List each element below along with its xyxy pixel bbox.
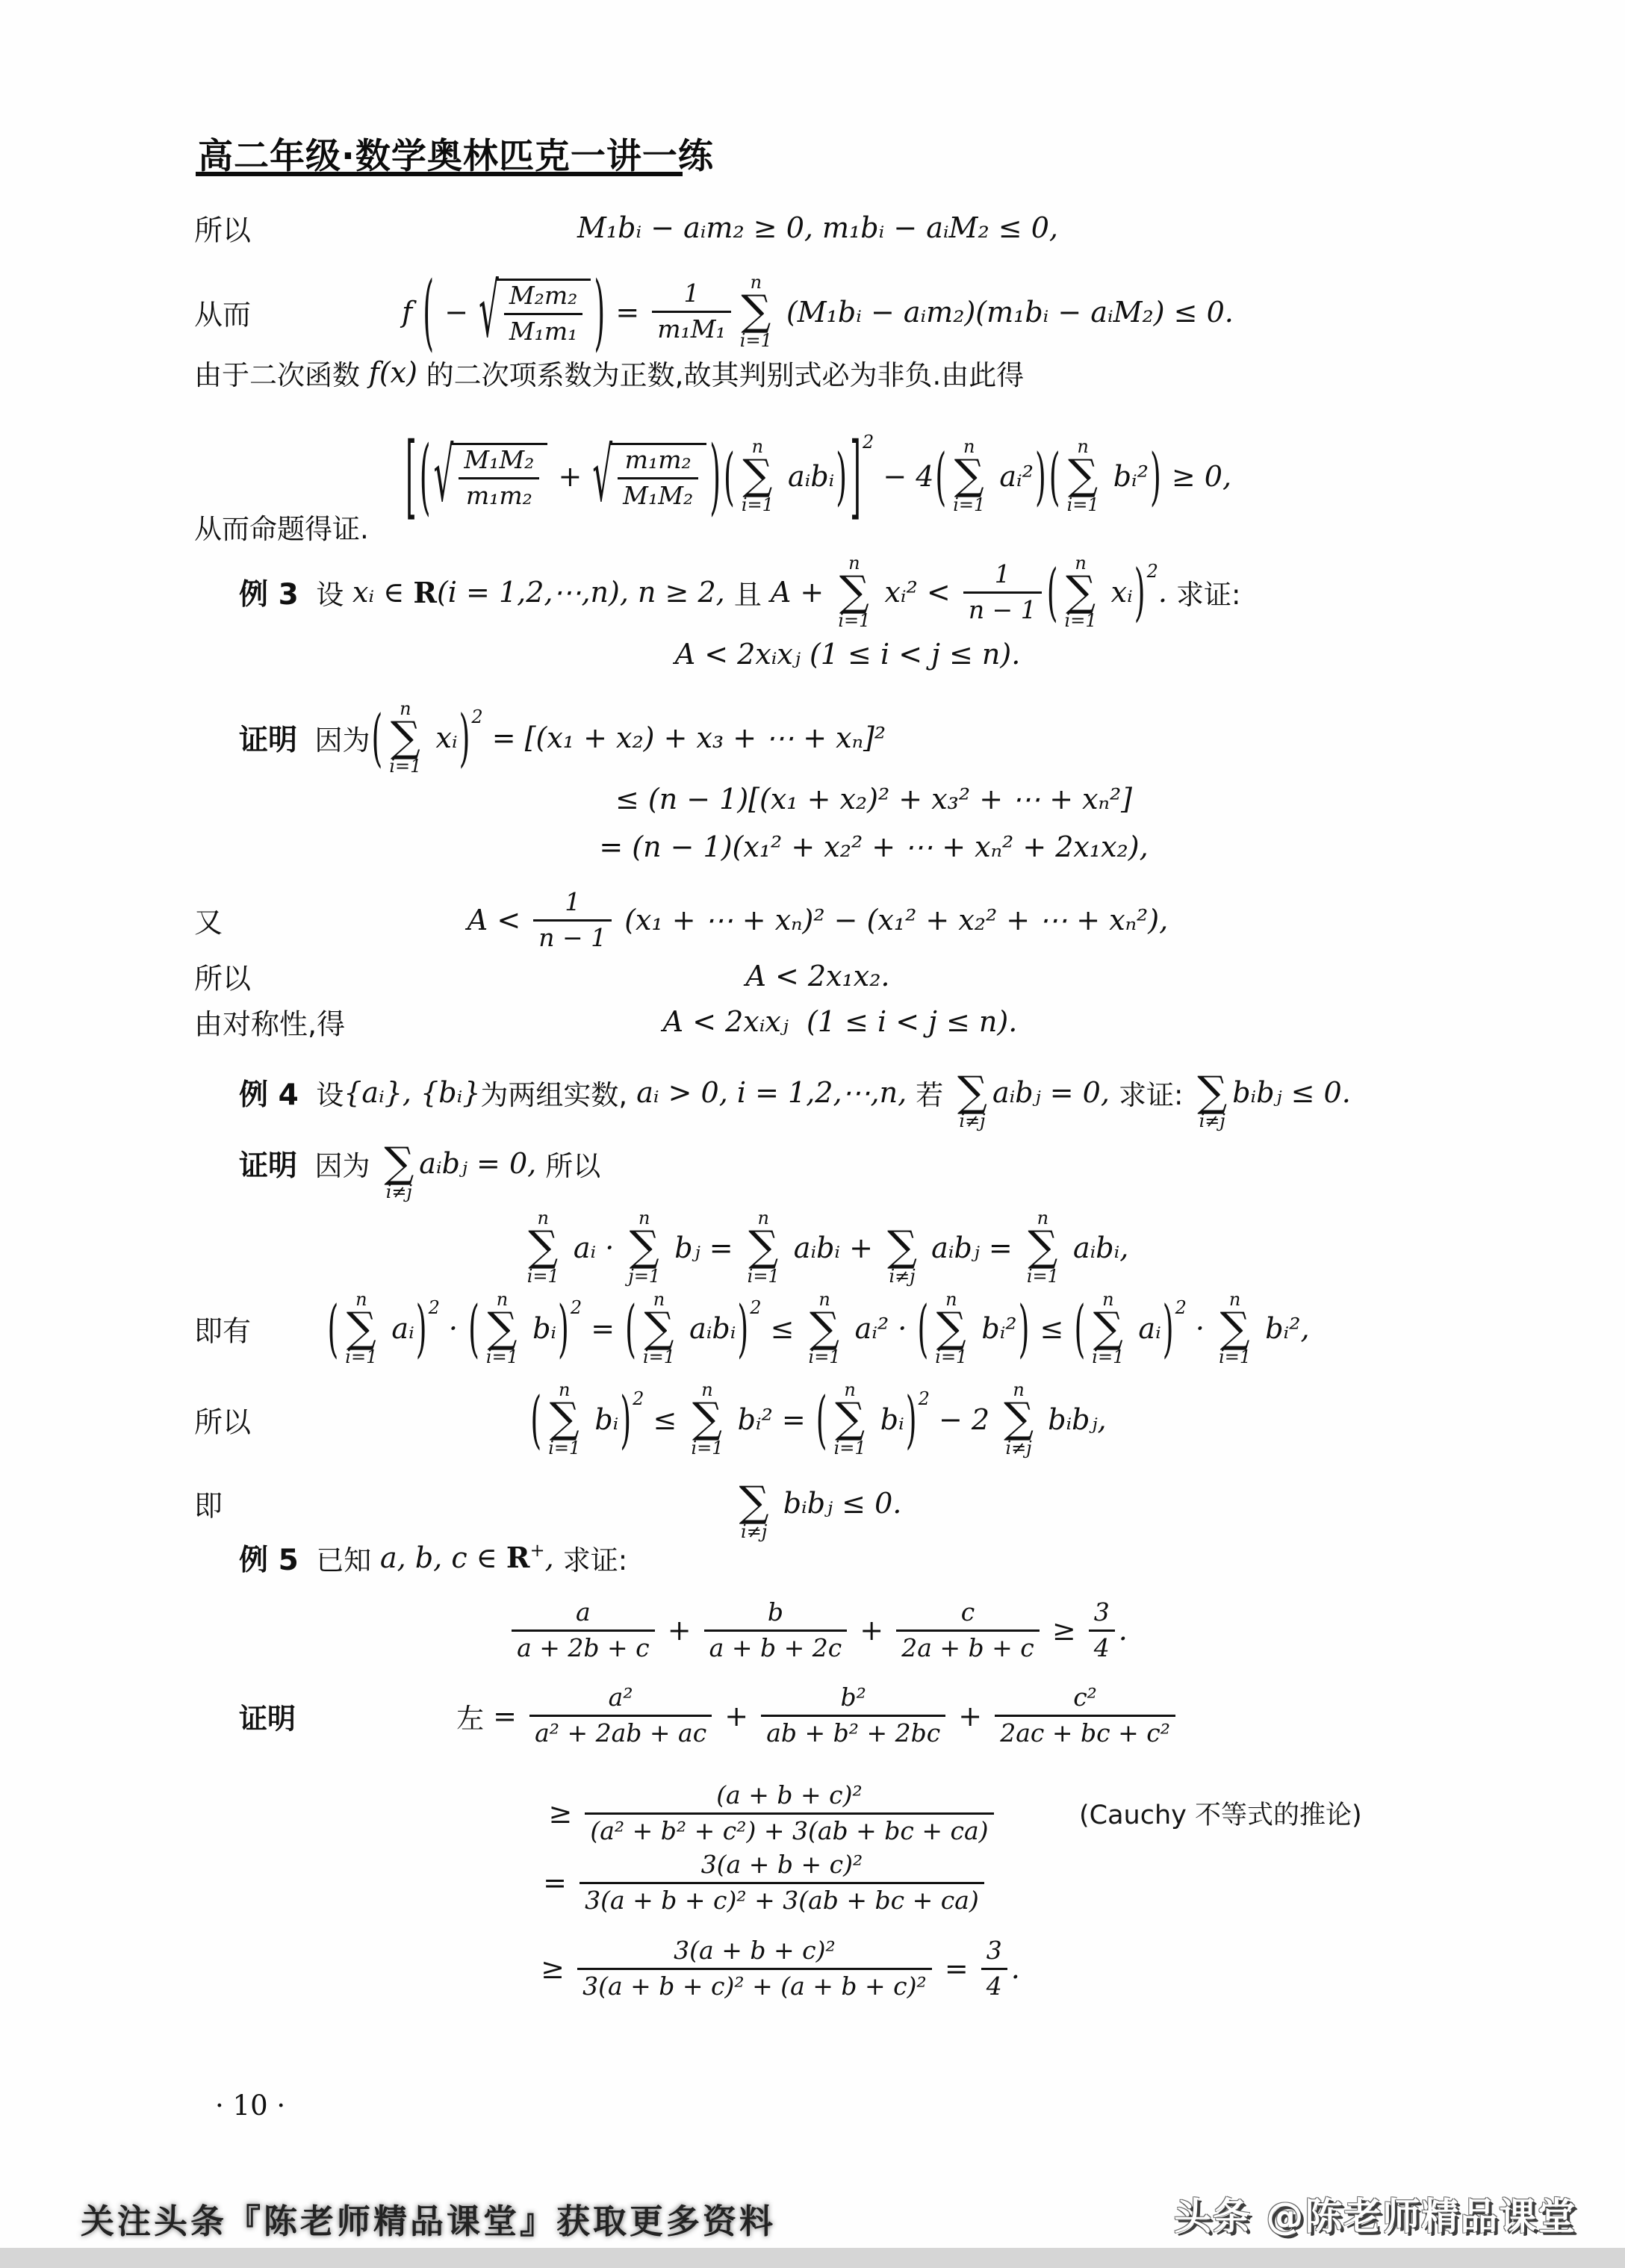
math-run: M₁M₂: [464, 447, 534, 474]
fraction-numerator: m₁m₂: [618, 447, 698, 479]
row-label: 所以: [194, 1399, 251, 1440]
example-label: 例 4: [239, 1072, 299, 1113]
math-run: bᵢbⱼ ≤ 0.: [1232, 1076, 1351, 1109]
math-upright-text: 从而命题得证.: [194, 506, 369, 547]
math-delimiter: (: [1047, 561, 1058, 624]
sigma-icon: ∑: [550, 1399, 580, 1438]
math-run: aᵢbᵢ: [779, 460, 834, 493]
row-math: 证明 因为 ∑i≠jaᵢbⱼ = 0, 所以: [239, 1125, 600, 1202]
math-run: m₁M₁: [657, 316, 726, 344]
sum-lower-limit: i=1: [1219, 1348, 1251, 1367]
row-label: 所以: [194, 956, 251, 997]
math-delimiter: ): [1163, 1297, 1174, 1360]
footer-left-banner: 关注头条『陈老师精品课堂』获取更多资料: [81, 2194, 776, 2243]
math-run: aᵢ: [382, 1312, 414, 1345]
math-run: aᵢbᵢ: [680, 1312, 736, 1345]
fraction-numerator: a²: [529, 1684, 712, 1717]
math-sum: n∑i=1: [643, 1290, 675, 1367]
sigma-icon: ∑: [954, 456, 984, 495]
math-run: c²: [1073, 1684, 1097, 1712]
formula-row: 例 3 设 xᵢ ∈ R(i = 1,2,⋯,n), n ≥ 2, 且 A + …: [149, 547, 1576, 637]
math-fraction: 1n − 1: [533, 889, 612, 952]
row-label: 由对称性,得: [194, 1001, 345, 1043]
row-label: 从而: [194, 291, 251, 332]
math-delimiter: (: [1049, 445, 1060, 508]
math-delimiter: ): [1150, 445, 1161, 508]
sigma-icon: ∑: [1068, 456, 1098, 495]
radical-icon: √: [434, 439, 454, 513]
math-fraction: ba + b + 2c: [704, 1599, 848, 1662]
math-run: A <: [467, 904, 529, 936]
sum-lower-limit: i=1: [834, 1439, 866, 1458]
fraction-denominator: 3(a + b + c)² + (a + b + c)²: [577, 1970, 932, 2001]
row-label: 即: [194, 1482, 223, 1523]
row-note: (Cauchy 不等式的推论): [1079, 1795, 1362, 1832]
row-math: 左 = a²a² + 2ab + ac + b²ab + b² + 2bc + …: [456, 1684, 1179, 1747]
math-superscript: 2: [471, 706, 482, 727]
math-fraction: M₁M₂m₁m₂: [459, 447, 539, 510]
math-sum: n∑i=1: [548, 1381, 580, 1457]
math-run: 2a + b + c: [901, 1635, 1034, 1662]
math-run: ab + b² + 2bc: [766, 1720, 940, 1747]
math-run: ,: [545, 1541, 563, 1574]
math-sum: n∑i=1: [527, 1209, 559, 1285]
sigma-icon: ∑: [1093, 1308, 1123, 1348]
math-sum: n∑i=1: [742, 438, 774, 514]
math-fraction: M₂m₂M₁m₁: [504, 282, 583, 346]
math-run: ·: [1187, 1312, 1214, 1345]
row-math: 由于二次函数 f(x) 的二次项系数为正数,故其判别式必为非负.由此得: [194, 352, 1024, 393]
math-sum: ∑i≠j: [384, 1125, 414, 1202]
formula-row: 由于二次函数 f(x) 的二次项系数为正数,故其判别式必为非负.由此得: [149, 349, 1531, 396]
sum-lower-limit: i=1: [691, 1439, 723, 1458]
radical-content: m₁m₂M₁M₂: [609, 443, 706, 510]
example-label: 证明: [239, 1143, 297, 1184]
math-run: − 4: [874, 460, 933, 493]
math-run: 3: [987, 1937, 1002, 1965]
math-delimiter: ): [594, 270, 605, 352]
math-delimiter: ): [1134, 561, 1146, 624]
math-run: aᵢbᵢ +: [785, 1231, 882, 1264]
math-fraction: aa + 2b + c: [512, 1599, 655, 1662]
sum-lower-limit: i=1: [748, 1267, 780, 1286]
math-run: aᵢbⱼ = 0,: [992, 1076, 1119, 1109]
math-run: ≥: [1043, 1614, 1085, 1647]
fraction-numerator: M₁M₂: [459, 447, 539, 479]
math-run: a² + 2ab + ac: [535, 1720, 706, 1747]
math-run: M₂m₂: [509, 282, 578, 310]
fraction-denominator: a² + 2ab + ac: [529, 1717, 712, 1747]
math-fraction: 34: [981, 1937, 1007, 2001]
math-delimiter: ): [1019, 1297, 1030, 1360]
math-run: f: [402, 296, 421, 329]
math-run: M₁m₁: [509, 318, 578, 346]
sum-lower-limit: i=1: [643, 1348, 675, 1367]
math-run: ≤: [644, 1403, 686, 1436]
math-sum: n∑i=1: [1065, 554, 1097, 630]
page-number: · 10 ·: [215, 2090, 285, 2122]
math-run: a²: [609, 1684, 633, 1712]
math-run: 3(a + b + c)² + 3(ab + bc + ca): [585, 1887, 979, 1915]
formula-row: 所以 (n∑i=1 bᵢ)2 ≤ n∑i=1 bᵢ² = (n∑i=1 bᵢ)2…: [149, 1376, 1486, 1462]
math-superscript: 2: [633, 1388, 644, 1409]
math-run: =: [543, 1866, 576, 1899]
row-math: ≤ (n − 1)[(x₁ + x₂)² + x₃² + ⋯ + xₙ²]: [615, 783, 1132, 815]
row-math: ≥ 3(a + b + c)²3(a + b + c)² + (a + b + …: [541, 1937, 1020, 2001]
math-delimiter: (: [724, 445, 735, 508]
math-upright-text: 因为: [297, 718, 370, 758]
math-sum: n∑i=1: [1067, 438, 1099, 514]
math-run: +: [851, 1614, 892, 1647]
fraction-denominator: a + 2b + c: [512, 1632, 655, 1662]
row-math: = 3(a + b + c)²3(a + b + c)² + 3(ab + bc…: [543, 1851, 988, 1915]
row-math: (n∑i=1 aᵢ)2 · (n∑i=1 bᵢ)2 = (n∑i=1 aᵢbᵢ)…: [326, 1290, 1309, 1367]
math-run: m₁m₂: [625, 447, 692, 474]
row-math: A < 2x₁x₂.: [745, 960, 889, 992]
math-run: (x₁ + ⋯ + xₙ)² − (x₁² + x₂² + ⋯ + xₙ²),: [615, 904, 1168, 936]
fraction-numerator: 1: [533, 889, 612, 922]
sigma-icon: ∑: [384, 1143, 414, 1183]
fraction-numerator: b²: [761, 1684, 945, 1717]
math-run: xᵢ: [1102, 576, 1133, 609]
formula-row: 例 4 设{aᵢ}, {bᵢ}为两组实数, aᵢ > 0, i = 1,2,⋯,…: [149, 1051, 1576, 1134]
row-label: 即有: [194, 1308, 251, 1349]
sum-lower-limit: j=1: [628, 1267, 660, 1286]
fraction-numerator: a: [512, 1599, 655, 1632]
row-math: aa + 2b + c + ba + b + 2c + c2a + b + c …: [508, 1599, 1128, 1662]
formula-row: 例 5 已知 a, b, c ∈ R+, 求证:: [149, 1537, 1576, 1578]
math-delimiter: (: [372, 706, 383, 769]
math-run: bᵢbⱼ,: [1039, 1403, 1107, 1436]
math-run: .: [1158, 576, 1176, 609]
sum-lower-limit: i=1: [486, 1348, 518, 1367]
math-run: b²: [841, 1684, 866, 1712]
formula-row: 即有 (n∑i=1 aᵢ)2 · (n∑i=1 bᵢ)2 = (n∑i=1 aᵢ…: [149, 1287, 1486, 1370]
math-upright-text: 若: [916, 1072, 952, 1113]
sum-lower-limit: i=1: [548, 1439, 580, 1458]
math-delimiter: ): [737, 1297, 748, 1360]
fraction-denominator: n − 1: [533, 922, 612, 952]
math-sum: n∑i=1: [389, 700, 421, 776]
math-run: a + b + 2c: [709, 1635, 842, 1662]
math-sum: n∑i=1: [691, 1381, 723, 1457]
math-delimiter: ): [1035, 445, 1046, 508]
formula-row: ≥ 3(a + b + c)²3(a + b + c)² + (a + b + …: [149, 1924, 1486, 2013]
sigma-icon: ∑: [835, 1399, 865, 1438]
math-delimiter: (: [816, 1388, 827, 1451]
math-run: = (n − 1)(x₁² + x₂² + ⋯ + xₙ² + 2x₁x₂),: [599, 830, 1148, 863]
formula-row: A < 2xᵢxⱼ (1 ≤ i < j ≤ n).: [149, 633, 1486, 674]
math-run: xᵢ² <: [875, 576, 959, 609]
math-superscript: 2: [863, 432, 874, 453]
content: 所以 M₁bᵢ − aᵢm₂ ≥ 0, m₁bᵢ − aᵢM₂ ≤ 0, 从而 …: [149, 0, 1486, 2268]
math-run: bᵢ²,: [1256, 1312, 1309, 1345]
radical-icon: √: [479, 275, 499, 349]
row-math: 证明 因为(n∑i=1 xᵢ)2 = [(x₁ + x₂) + x₃ + ⋯ +…: [239, 700, 886, 776]
formula-row: ≤ (n − 1)[(x₁ + x₂)² + x₃² + ⋯ + xₙ²]: [149, 774, 1486, 824]
math-run: bᵢ²: [972, 1312, 1016, 1345]
math-upright-text: 所以: [545, 1143, 600, 1184]
fraction-denominator: 4: [981, 1970, 1007, 2001]
formula-row: aa + 2b + c + ba + b + 2c + c2a + b + c …: [149, 1589, 1486, 1671]
radical-content: M₂m₂M₁m₁: [496, 279, 591, 346]
math-sum: n∑j=1: [628, 1209, 660, 1285]
math-radical: √M₂m₂M₁m₁: [479, 279, 591, 346]
math-sum: n∑i=1: [834, 1381, 866, 1457]
math-fraction: b²ab + b² + 2bc: [761, 1684, 945, 1747]
math-fraction: 1m₁M₁: [652, 280, 731, 344]
math-sum: n∑i=1: [486, 1290, 518, 1367]
sum-lower-limit: i=1: [527, 1267, 559, 1286]
math-run: ≤ (n − 1)[(x₁ + x₂)² + x₃² + ⋯ + xₙ²]: [615, 783, 1132, 815]
sigma-icon: ∑: [839, 572, 869, 612]
math-run: bᵢ: [585, 1403, 618, 1436]
math-run: c: [961, 1599, 975, 1627]
sum-lower-limit: i≠j: [889, 1267, 915, 1286]
fraction-numerator: 1: [963, 561, 1042, 594]
sigma-icon: ∑: [957, 1072, 987, 1112]
math-run: = [(x₁ + x₂) + x₃ + ⋯ + xₙ]²: [483, 721, 886, 754]
math-fraction: 34: [1089, 1599, 1115, 1662]
fraction-denominator: 2a + b + c: [896, 1632, 1040, 1662]
math-delimiter: ): [459, 706, 470, 769]
sigma-icon: ∑: [528, 1227, 558, 1267]
sigma-icon: ∑: [630, 1227, 659, 1267]
fraction-numerator: 3: [981, 1937, 1007, 1970]
math-fraction: c²2ac + bc + c²: [995, 1684, 1175, 1747]
sigma-icon: ∑: [487, 1308, 517, 1348]
math-run: A +: [762, 576, 833, 609]
math-fraction: 3(a + b + c)²3(a + b + c)² + (a + b + c)…: [577, 1937, 932, 2001]
math-run: 1: [565, 889, 580, 916]
sigma-icon: ∑: [1220, 1308, 1250, 1348]
math-run: +: [715, 1700, 757, 1733]
fraction-denominator: n − 1: [963, 594, 1042, 624]
math-run: M₁bᵢ − aᵢm₂ ≥ 0, m₁bᵢ − aᵢM₂ ≤ 0,: [577, 211, 1058, 244]
fraction-numerator: 3(a + b + c)²: [577, 1937, 932, 1970]
math-upright-text: 由于二次函数: [194, 352, 369, 393]
math-run: (a + b + c)²: [716, 1782, 863, 1809]
formula-row: = (n − 1)(x₁² + x₂² + ⋯ + xₙ² + 2x₁x₂),: [149, 821, 1486, 872]
sigma-icon: ∑: [748, 1227, 778, 1267]
sum-lower-limit: i=1: [345, 1348, 377, 1367]
row-math: [(√M₁M₂m₁m₂ + √m₁m₂M₁M₂)(n∑i=1 aᵢbᵢ)]2 −…: [404, 438, 1231, 514]
math-run: A < 2xᵢxⱼ (1 ≤ i < j ≤ n).: [675, 638, 1021, 671]
math-delimiter: (: [625, 1297, 636, 1360]
math-run: (i = 1,2,⋯,n), n ≥ 2,: [437, 576, 734, 609]
math-upright-text: 已知: [299, 1538, 380, 1578]
math-run: +: [659, 1614, 700, 1647]
row-math: f ( − √M₂m₂M₁m₁) = 1m₁M₁n∑i=1 (M₁bᵢ − aᵢ…: [402, 273, 1234, 349]
math-fraction: c2a + b + c: [896, 1599, 1040, 1662]
math-run: n − 1: [969, 597, 1037, 624]
math-delimiter: ): [416, 1297, 427, 1360]
example-label: 例 5: [239, 1537, 299, 1579]
math-sum: ∑i≠j: [1197, 1054, 1227, 1131]
math-delimiter: ): [836, 445, 847, 508]
math-sum: ∑i≠j: [739, 1464, 769, 1541]
sigma-icon: ∑: [692, 1399, 722, 1438]
math-run: aᵢ²: [990, 460, 1034, 493]
math-upright-text: 的二次项系数为正数,故其判别式必为非负.由此得: [417, 352, 1024, 393]
math-upright-text: 设: [299, 572, 352, 612]
math-delimiter: (: [935, 445, 946, 508]
math-sum: ∑i≠j: [957, 1054, 987, 1131]
sigma-icon: ∑: [1197, 1072, 1227, 1112]
math-run: =: [582, 1312, 624, 1345]
math-run: aᵢ: [1129, 1312, 1161, 1345]
example-label: 证明: [239, 717, 297, 759]
math-run: A < 2x₁x₂.: [745, 960, 889, 992]
math-run: 3(a + b + c)²: [701, 1851, 863, 1879]
math-run: aᵢbᵢ,: [1064, 1231, 1128, 1264]
radical-content: M₁M₂m₁m₂: [450, 443, 547, 510]
math-superscript: 2: [750, 1297, 761, 1318]
math-superscript: 2: [571, 1297, 582, 1318]
sigma-icon: ∑: [739, 1482, 769, 1522]
fraction-denominator: a + b + 2c: [704, 1632, 848, 1662]
math-superscript: 2: [1175, 1297, 1187, 1318]
math-delimiter: (: [530, 1388, 541, 1451]
math-delimiter: (: [917, 1297, 928, 1360]
math-run: ≥: [541, 1952, 574, 1985]
sigma-icon: ∑: [887, 1227, 917, 1267]
math-delimiter: (: [423, 270, 434, 352]
math-fraction: m₁m₂M₁M₂: [618, 447, 698, 510]
sigma-icon: ∑: [347, 1308, 376, 1348]
fraction-denominator: 2ac + bc + c²: [995, 1717, 1175, 1747]
fraction-numerator: M₂m₂: [504, 282, 583, 315]
fraction-numerator: 1: [652, 280, 731, 313]
math-sum: ∑i≠j: [887, 1209, 917, 1285]
math-upright-text: 为两组实数,: [480, 1072, 627, 1113]
row-math: 例 5 已知 a, b, c ∈ R+, 求证:: [239, 1537, 627, 1579]
math-run: ≥ 0,: [1163, 460, 1231, 493]
formula-row: 从而命题得证.: [149, 504, 1531, 549]
math-sum: n∑i=1: [740, 273, 772, 349]
math-run: A < 2xᵢxⱼ (1 ≤ i < j ≤ n).: [663, 1005, 1018, 1038]
sum-lower-limit: i≠j: [1006, 1439, 1032, 1458]
row-math: (n∑i=1 bᵢ)2 ≤ n∑i=1 bᵢ² = (n∑i=1 bᵢ)2 − …: [529, 1381, 1106, 1457]
math-upright-text: 求证:: [1119, 1072, 1192, 1113]
math-radical: √m₁m₂M₁M₂: [592, 443, 706, 510]
sum-lower-limit: i=1: [809, 1348, 841, 1367]
math-run: bᵢ: [523, 1312, 556, 1345]
math-fraction: a²a² + 2ab + ac: [529, 1684, 712, 1747]
math-run: aᵢ ·: [565, 1231, 624, 1264]
math-run: 3: [1094, 1599, 1110, 1627]
math-bold-serif: R: [413, 576, 437, 609]
math-delimiter: (: [327, 1297, 338, 1360]
math-upright-text: 求证:: [1176, 572, 1240, 612]
fraction-denominator: m₁M₁: [652, 313, 731, 344]
math-delimiter: (: [468, 1297, 479, 1360]
math-run: =: [936, 1952, 978, 1985]
fraction-numerator: 3: [1089, 1599, 1115, 1632]
formula-row: = 3(a + b + c)²3(a + b + c)² + 3(ab + bc…: [149, 1839, 1486, 1927]
math-sum: n∑i=1: [1092, 1290, 1124, 1367]
math-run: ≤: [762, 1312, 804, 1345]
math-run: aᵢ² ·: [846, 1312, 916, 1345]
math-fraction: 3(a + b + c)²3(a + b + c)² + 3(ab + bc +…: [580, 1851, 984, 1915]
sum-lower-limit: i=1: [1092, 1348, 1124, 1367]
math-run: =: [484, 1700, 526, 1733]
row-label: 证明: [239, 1695, 296, 1736]
math-superscript: 2: [1147, 561, 1158, 582]
row-math: ≥ (a + b + c)²(a² + b² + c²) + 3(ab + bc…: [548, 1782, 997, 1845]
math-run: a: [576, 1599, 591, 1627]
sigma-icon: ∑: [742, 456, 772, 495]
math-delimiter: ): [620, 1388, 631, 1451]
math-run: a + 2b + c: [517, 1635, 650, 1662]
math-superscript: 2: [429, 1297, 440, 1318]
math-sum: n∑i=1: [345, 1290, 377, 1367]
formula-row: 证明 因为 ∑i≠jaᵢbⱼ = 0, 所以: [149, 1126, 1576, 1201]
formula-row: 证明 因为(n∑i=1 xᵢ)2 = [(x₁ + x₂) + x₃ + ⋯ +…: [149, 697, 1576, 779]
math-run: bᵢbⱼ ≤ 0.: [774, 1487, 902, 1520]
sum-lower-limit: i=1: [1065, 612, 1097, 630]
math-run: bᵢ²: [1104, 460, 1149, 493]
page: 高二年级·数学奥林匹克一讲一练 所以 M₁bᵢ − aᵢm₂ ≥ 0, m₁bᵢ…: [0, 0, 1625, 2268]
row-math: 例 3 设 xᵢ ∈ R(i = 1,2,⋯,n), n ≥ 2, 且 A + …: [239, 554, 1241, 630]
example-label: 例 3: [239, 571, 299, 613]
sum-lower-limit: i=1: [838, 612, 870, 630]
math-sum: n∑i=1: [809, 1290, 841, 1367]
math-fraction: 1n − 1: [963, 561, 1042, 624]
formula-row: 由对称性,得 A < 2xᵢxⱼ (1 ≤ i < j ≤ n).: [149, 999, 1486, 1044]
math-run: =: [606, 296, 648, 329]
math-sum: n∑i=1: [953, 438, 985, 514]
math-upright-text: 且: [734, 572, 762, 612]
math-upright-text: 左: [456, 1696, 484, 1736]
row-math: 从而命题得证.: [194, 506, 369, 547]
row-math: M₁bᵢ − aᵢm₂ ≥ 0, m₁bᵢ − aᵢM₂ ≤ 0,: [577, 211, 1058, 244]
fraction-denominator: M₁m₁: [504, 315, 583, 346]
math-run: −: [435, 296, 477, 329]
math-run: ·: [440, 1312, 467, 1345]
math-run: {aᵢ}, {bᵢ}: [344, 1076, 480, 1109]
fraction-numerator: (a + b + c)²: [585, 1782, 993, 1815]
row-math: n∑i=1 aᵢ · n∑j=1 bⱼ = n∑i=1 aᵢbᵢ + ∑i≠j …: [522, 1209, 1129, 1285]
row-math: A < 2xᵢxⱼ (1 ≤ i < j ≤ n).: [675, 638, 1021, 671]
scan-edge-strip: [0, 2248, 1625, 2268]
row-math: 例 4 设{aᵢ}, {bᵢ}为两组实数, aᵢ > 0, i = 1,2,⋯,…: [239, 1054, 1351, 1131]
math-run: − 2: [930, 1403, 998, 1436]
math-run: .: [1011, 1952, 1020, 1985]
math-run: 4: [987, 1973, 1002, 2001]
fraction-denominator: 4: [1089, 1632, 1115, 1662]
math-run: aᵢbⱼ =: [922, 1231, 1022, 1264]
fraction-numerator: c²: [995, 1684, 1175, 1717]
math-radical: √M₁M₂m₁m₂: [434, 443, 548, 510]
math-run: ≤: [1031, 1312, 1072, 1345]
sum-lower-limit: i=1: [935, 1348, 967, 1367]
sigma-icon: ∑: [936, 1308, 966, 1348]
sigma-icon: ∑: [1004, 1399, 1034, 1438]
math-sum: n∑i≠j: [1004, 1381, 1034, 1457]
footer-right-watermark: 头条 @陈老师精品课堂: [1174, 2187, 1576, 2240]
math-superscript: +: [529, 1540, 544, 1561]
row-label: 又: [194, 900, 223, 941]
fraction-numerator: 3(a + b + c)²: [580, 1851, 984, 1884]
math-run: +: [949, 1700, 991, 1733]
row-math: = (n − 1)(x₁² + x₂² + ⋯ + xₙ² + 2x₁x₂),: [599, 830, 1148, 863]
math-run: bᵢ: [871, 1403, 904, 1436]
math-sum: n∑i=1: [748, 1209, 780, 1285]
math-run: 2ac + bc + c²: [1000, 1720, 1170, 1747]
formula-row: n∑i=1 aᵢ · n∑j=1 bⱼ = n∑i=1 aᵢbᵢ + ∑i≠j …: [149, 1208, 1486, 1287]
sum-lower-limit: i≠j: [386, 1183, 412, 1202]
